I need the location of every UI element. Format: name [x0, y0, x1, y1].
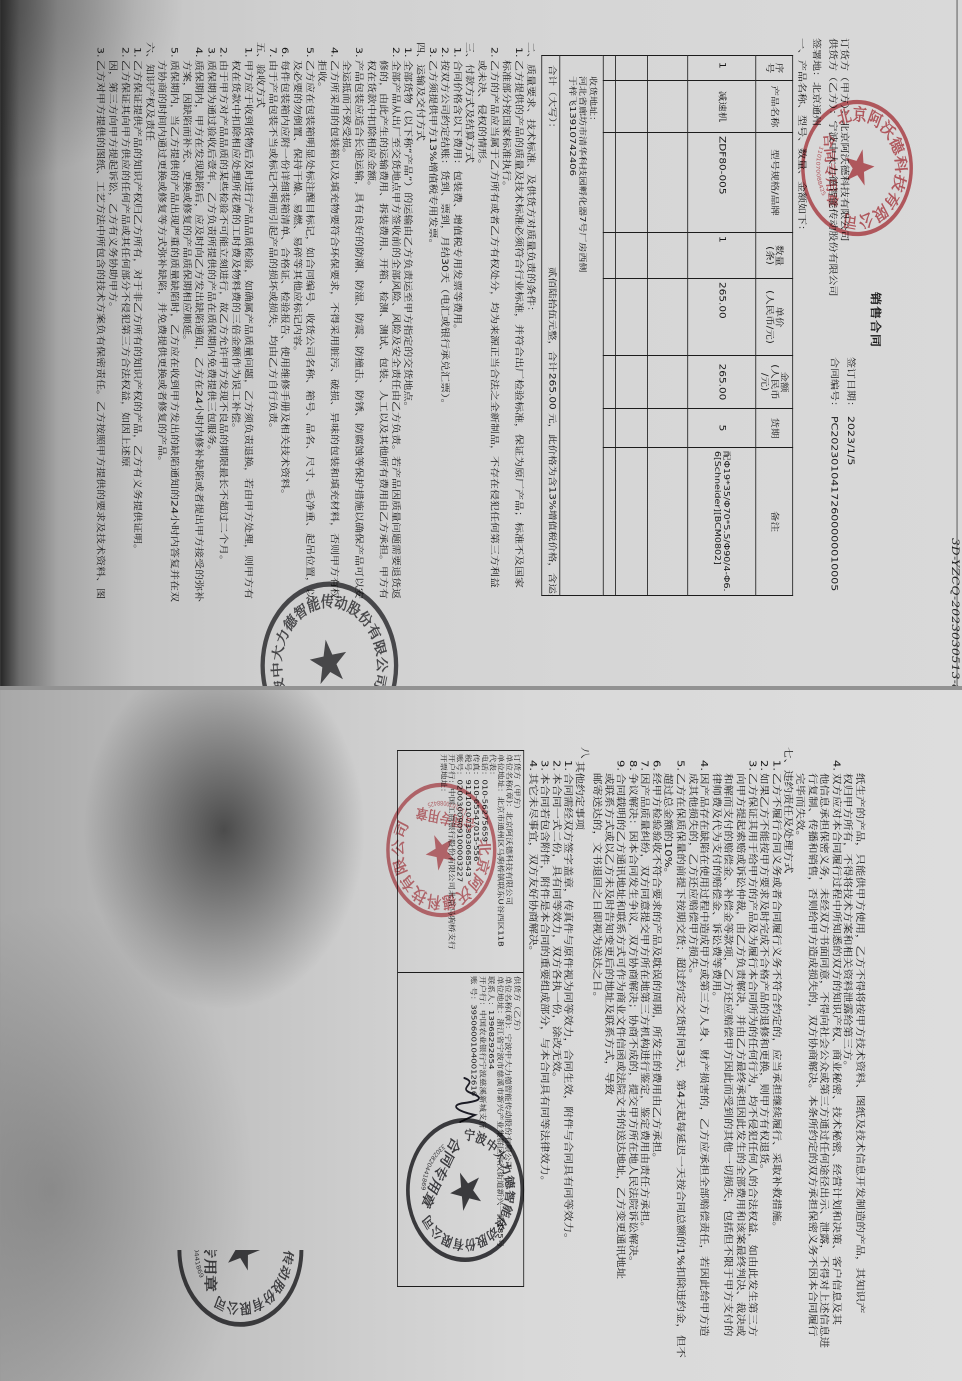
- clause-line: 3.本合同若包含附件，附件是本合同的重要组成部分，与本合同具有同等法律效力。: [539, 690, 551, 1381]
- clause-number: 3.: [746, 760, 758, 771]
- table-cell: [648, 233, 688, 279]
- delivery-contact: 于梓飞13910742406: [566, 76, 576, 593]
- clause-text: 纸生产的产品，只能供甲方使用，乙方不得将按甲方技术资料、图纸及技术信息开发制造的…: [854, 773, 866, 1314]
- clause-line: 3.乙方保证其用于给甲方的产品及为履行本合同所为的任何行为，均不侵犯任何人的合法…: [746, 690, 758, 1381]
- clause-text: 本合同若包含附件，附件是本合同的重要组成部分，与本合同具有同等法律效力。: [539, 773, 551, 1187]
- clause-number: 4.: [527, 760, 539, 771]
- clause-number: 1.: [131, 47, 143, 58]
- table-cell: [603, 81, 615, 133]
- col-index: 序号: [756, 56, 793, 81]
- delivery-address-row: 收货地址： 河北省廊坊市清华科技园孵化器7号厂房西侧 于梓飞1391074240…: [560, 56, 603, 596]
- clause-number: 4.: [328, 47, 340, 58]
- contract-number-value: PC20230104172600000010005: [829, 416, 840, 591]
- signing-date-label: 签订日期：: [846, 357, 857, 412]
- signing-date: 签订日期：2023/1/5: [845, 357, 856, 465]
- clause-number: 4.: [830, 760, 842, 771]
- table-cell: 265.00: [688, 279, 756, 356]
- section-heading-text: 六、知识产权及责任: [144, 42, 156, 141]
- clause-line: 因，第三方向甲方提起诉讼，乙方有义务协助甲方。: [107, 0, 119, 686]
- table-cell: [616, 56, 648, 81]
- section-heading-text: 二、质量要求、技术标准、及供货方对质量负责的条件：: [525, 42, 537, 317]
- seal-label-text: 合同专用章: [202, 1250, 219, 1293]
- clause-line: 2.本合同一式二份，具有同等效力，双方各执一份，涂改无效。: [550, 690, 562, 1381]
- clause-line: 律师费及代为支付的赔偿金、诉讼费等费用。: [710, 690, 722, 1381]
- cross-page-seal: 宁波中大力德智能传动股份有限公司合同专用章3302820441869: [175, 1250, 306, 1350]
- clause-text: 标准部分按国家标准执行。: [500, 60, 512, 192]
- clause-text: 乙方应在包装箱明显处标注醒目标记，如合同编号、收货公司名称、箱号、品名、尺寸、毛…: [304, 60, 316, 599]
- clause-number: 1.: [451, 47, 463, 58]
- section-heading-text: 五、验收方式: [254, 42, 266, 108]
- clause-text: 其它未尽事宜，双方友好协商解决。: [527, 773, 539, 957]
- clause-line: 标准部分按国家标准执行。: [500, 0, 512, 686]
- clause-line: 4.双方应对本合同履行过程中所知悉的双方的知识产权、商业秘密、技术秘密、经营计划…: [830, 690, 842, 1381]
- clause-text: 或未决、侵权的情形。: [476, 60, 488, 170]
- clause-line: 和解而支付的赔偿金、补偿金等款项，乙方还应赔偿甲方因此而受到的其他一切损失，包括…: [722, 690, 734, 1381]
- table-cell: [603, 409, 615, 448]
- clause-text: 合同价格含以下费用：包装费、增值税专用发票等费用。: [451, 60, 463, 335]
- table-cell: [603, 133, 615, 233]
- clause-text: 乙方对甲方提供的图纸、工艺方法中所包含的技术方案负有保密责任。乙方按照甲方提供的…: [94, 60, 106, 599]
- signing-place-label: 签署地：: [811, 38, 822, 82]
- section-heading: 四、运输及交付方式: [414, 0, 426, 686]
- clause-text: 质保期内，甲方在发现缺陷后，应及时向乙方发出缺陷通知，乙方在24小时内修补缺陷或…: [193, 60, 205, 602]
- clause-text: 成其他损失的，乙方还应赔偿甲方损失。: [687, 773, 699, 980]
- contract-page-2: 纸生产的产品，只能供甲方使用，乙方不得将按甲方技术资料、图纸及技术信息开发制造的…: [0, 690, 962, 1381]
- clause-line: 超过总金额的10%。: [663, 690, 675, 1381]
- table-cell: [616, 409, 648, 448]
- table-cell: 配Φ19*35/Φ70*5.5/Φ90/4-Φ6.6[Schneider][BC…: [688, 448, 756, 596]
- handwritten-reference-note: 3D-YZCQ-2023030513-8: [950, 538, 961, 686]
- clause-text: 乙方保证其向甲方供应的任何产品或其任何部分不侵犯第三方合法权益，如因上述原: [119, 60, 131, 467]
- clause-text: 因产品质量纠纷，双方同意提交甲方所在地第三方机构进行鉴定，鉴定费用由责任方承担。: [639, 773, 651, 1233]
- clause-text: 本合同一式二份，具有同等效力，双方各执一份，涂改无效。: [550, 773, 562, 1084]
- clause-line: 2.乙方的产品应当属于乙方所有或者乙方有权处分，均为来源正当合法之全新制品，不存…: [488, 0, 500, 686]
- table-cell: [648, 356, 688, 409]
- clause-line: 2.按双方公司约定结账：货到、票到，月结30天（电汇或银行承兑汇票）。: [439, 0, 451, 686]
- section-heading-text: 七、违约责任及处理方式: [782, 747, 794, 874]
- clause-text: 经甲方检验验收不符合要求的产品及耽误的周期，所发生的费用由乙方承担。: [651, 773, 663, 1164]
- clause-number: 1.: [242, 47, 254, 58]
- table-cell: 265.00: [688, 356, 756, 409]
- clause-text: 行复制、传播和销售，否则给甲方造成损失的，双方协商解决。本条所约定的双方承担保密…: [806, 773, 818, 1337]
- clause-text: 质保期内，当乙方提供的产品出现严重的质量缺陷时，乙方应在收到甲方发出的缺陷通知的…: [168, 60, 180, 602]
- clause-text: 合同载明的乙方通讯地址和联系方式可作为商业文件信函或法院文书的送达地址，乙方变更…: [615, 773, 627, 1279]
- clause-line: 向甲方提起索赔或诉讼仲裁，由乙方负责解决，并由乙方最终承担因此发生的全部费用和该…: [734, 690, 746, 1381]
- seal-star-icon: [228, 1250, 260, 1271]
- seal-graphic: 北京阿沃德科技有限公司合同专用章1101070088425: [375, 769, 508, 931]
- table-cell: [603, 356, 615, 409]
- delivery-address-label: 收货地址：: [587, 76, 597, 593]
- clause-text: 乙方不履行合同义务或者合同履行义务不符合约定的，应当承担继续履行、采取补救措施。: [770, 773, 782, 1233]
- delivery-address-cell: 收货地址： 河北省廊坊市清华科技园孵化器7号厂房西侧 于梓飞1391074240…: [560, 56, 603, 596]
- clause-text: 权归甲方所有，不得将技术方案和相关资料泄露给第三方。: [842, 773, 854, 1072]
- clause-text: 向甲方提起索赔或诉讼仲裁，由乙方负责解决，并由乙方最终承担因此发生的全部费用和该…: [734, 773, 746, 1337]
- clause-text: 乙方保证其用于给甲方的产品及为履行本合同所为的任何行为，均不侵犯任何人的合法权益…: [746, 773, 758, 1337]
- table-cell: [648, 409, 688, 448]
- clause-text: 因产品存在缺陷在使用过程中造成甲方或第三方人身、财产损害的，乙方应承担全部赔偿责…: [699, 773, 711, 1337]
- clause-number: 8.: [627, 760, 639, 771]
- section-heading: 八其他约定事项: [574, 690, 590, 1381]
- clause-text: 乙方须提供甲方13%增值税专用发票。: [427, 60, 439, 249]
- continuation-line: 纸生产的产品，只能供甲方使用，乙方不得将按甲方技术资料、图纸及技术信息开发制造的…: [854, 690, 866, 1381]
- clause-text: 方案，因缺陷而补充、更换或修复的产品质保期相应顺延。: [181, 60, 193, 346]
- table-cell: [616, 448, 648, 596]
- table-cell: [603, 448, 615, 596]
- clause-text: 权在货款中扣除相应金额。: [365, 60, 377, 192]
- clause-line: 3.乙方对甲方提供的图纸、工艺方法中所包含的技术方案负有保密责任。乙方按照甲方提…: [94, 0, 106, 686]
- clause-text: 权在货款中扣除相应处理所花费的工时费及物料费的三倍金额作为误工补偿。: [230, 60, 242, 434]
- clause-number: 9.: [615, 760, 627, 771]
- clause-text: 邮寄送达的，文书退回之日即视为送达之日。: [591, 773, 603, 1003]
- clause-text: 双方应对本合同履行过程中所知悉的双方的知识产权、商业秘密、技术秘密、经营计划和决…: [830, 773, 842, 1325]
- clause-text: 全部产品从出厂至交货地点甲方签收前的全部风险、风险及安全责任由乙方负责。若产品因…: [390, 60, 402, 599]
- table-footer: 收货地址： 河北省廊坊市清华科技园孵化器7号厂房西侧 于梓飞1391074240…: [542, 56, 604, 596]
- table-cell: 1: [688, 233, 756, 279]
- table-row-empty: [648, 56, 688, 596]
- section-heading-text: 三、付款方式及结算方式: [463, 42, 475, 163]
- clause-text: 由于甲方对产品品质的某些检验不可能立刻进行，故乙方允许甲方发现不良品的期限最长不…: [217, 60, 229, 566]
- clause-line: 9.合同载明的乙方通讯地址和联系方式可作为商业文件信函或法院文书的送达地址，乙方…: [615, 690, 627, 1381]
- clause-line: 成其他损失的，乙方还应赔偿甲方损失。: [687, 690, 699, 1381]
- clause-line: 1.乙方不履行合同义务或者合同履行义务不符合约定的，应当承担继续履行、采取补救措…: [770, 690, 782, 1381]
- clause-line: 1.合同需经双方签字盖章，传真件与原件视为同等效力，合同生效，附件与合同具有同等…: [562, 690, 574, 1381]
- seal-label-text: 合同专用章: [414, 803, 476, 834]
- seal-label-text: 合同专用章: [821, 132, 840, 208]
- seller-cross-page-seal: 宁波中大力德智能传动股份有限公司合同专用章3302820441869: [175, 1250, 306, 1330]
- table-cell: 5: [688, 409, 756, 448]
- col-model-brand: 型号规格/品牌: [756, 133, 793, 233]
- signing-date-value: 2023/1/5: [846, 416, 857, 465]
- col-amount: 金额 (人民币 /元): [756, 356, 793, 409]
- section-heading-text: 四、运输及交付方式: [414, 42, 426, 141]
- table-cell: 减速机: [688, 81, 756, 133]
- table-cell: [603, 233, 615, 279]
- clause-line: 2.如果乙方不能按甲方要求及时完成不合格产品的退修和更换，则甲方有权退货。: [758, 690, 770, 1381]
- table-row-empty: [616, 56, 648, 596]
- total-row: 合计（大写）： 贰佰陆拾伍元整，合计： 265.00 元，此价格为含13%增值税…: [542, 56, 560, 596]
- clause-line: 或未决、侵权的情形。: [476, 0, 488, 686]
- total-in-words: 贰佰陆拾伍元整，合计：: [547, 267, 557, 383]
- clause-text: 乙方在保质保量的前提下按期交货；超过约定交货时间3天，第4天起每延迟一天按合同总…: [675, 773, 687, 1358]
- table-cell: 1: [688, 56, 756, 81]
- clause-number: 4.: [193, 47, 205, 58]
- col-unit-price: 单价 (人民币/元): [756, 279, 793, 356]
- total-amount: 265.00 元，此价格为含13%增值税价格，含运费: [547, 373, 557, 596]
- clause-text: 合同需经双方签字盖章，传真件与原件视为同等效力，合同生效，附件与合同具有同等效力…: [562, 773, 574, 1245]
- clause-number: 2.: [758, 760, 770, 771]
- section-heading-title: 其他约定事项: [574, 761, 586, 830]
- clause-number: 3.: [205, 47, 217, 58]
- clause-text: 乙方提供的产品的质量及技术标准必须符合行业标准，并符合出厂检验标准，保证为原厂产…: [513, 60, 525, 588]
- clause-number: 3.: [353, 47, 365, 58]
- table-cell: [603, 279, 615, 356]
- clause-number: 2.: [488, 47, 500, 58]
- contract-clauses-page-2: 纸生产的产品，只能供甲方使用，乙方不得将按甲方技术资料、图纸及技术信息开发制造的…: [527, 690, 867, 1381]
- table-cell: [616, 356, 648, 409]
- table-cell: [616, 279, 648, 356]
- seal-star-icon: [845, 148, 875, 187]
- contract-number: 合同编号：PC20230104172600000010005: [828, 357, 839, 591]
- clause-number: 2.: [390, 47, 402, 58]
- clause-text: 修的，由此产生的运输费用、拆装费用、开箱、检测、测试、包装、人工以及其他所有费用…: [377, 60, 389, 599]
- clause-text: 按双方公司约定结账：货到、票到，月结30天（电汇或银行承兑汇票）。: [439, 60, 451, 410]
- contract-number-label: 合同编号：: [829, 357, 840, 412]
- clause-line: 或联系方式或以乙方未及时告知变更后的地址及联系方式，导致: [603, 690, 615, 1381]
- clause-number: 3.: [427, 47, 439, 58]
- clause-text: 他信息承担保密义务，未经双方书面同意，不得向社会公众或第三方通过任何途径出示、泄…: [818, 773, 830, 1348]
- clause-line: 方案，因缺陷而补充、更换或修复的产品质保期相应顺延。: [181, 0, 193, 686]
- section-heading-text: 八: [579, 747, 591, 759]
- clause-text: 甲方应于收到货物后及时进行产品品质检验，如确属产品质量问题，乙方须负责退换，若由…: [242, 60, 254, 599]
- section-heading: 二、质量要求、技术标准、及供货方对质量负责的条件：: [525, 0, 537, 686]
- clause-line: 4.质保期内，甲方在发现缺陷后，应及时向乙方发出缺陷通知，乙方在24小时内修补缺…: [193, 0, 205, 686]
- section-heading: 七、违约责任及处理方式: [782, 690, 794, 1381]
- clause-line: 5.乙方在保质保量的前提下按期交货；超过约定交货时间3天，第4天起每延迟一天按合…: [675, 690, 687, 1381]
- clause-line: 完毕而失效。: [794, 690, 806, 1381]
- clause-line: 6.经甲方检验验收不符合要求的产品及耽误的周期，所发生的费用由乙方承担。: [651, 690, 663, 1381]
- seal-star-icon: [424, 834, 458, 874]
- clause-line: 7.由于产品包装不当或标记不明而引起产品的损坏或损失，均由乙方自行负责。: [267, 0, 279, 686]
- section-heading: 五、验收方式: [254, 0, 266, 686]
- contract-title: 销售合同: [869, 292, 885, 348]
- seal-star-icon: [307, 636, 349, 686]
- table-header: 序号 产品名称 型号规格/品牌 数量 (条) 单价 (人民币/元) 金额 (人民…: [756, 56, 793, 596]
- clause-line: 1.甲方应于收到货物后及时进行产品品质检验，如确属产品质量问题，乙方须负责退换，…: [242, 0, 254, 686]
- seller-info-line: 供货方（乙方）: [512, 973, 521, 1286]
- clause-text: 乙方的产品应当属于乙方所有或者乙方有权处分，均为来源正当合法之全新制品，不存在侵…: [488, 60, 500, 588]
- clause-text: 或联系方式或以乙方未及时告知变更后的地址及联系方式，导致: [603, 773, 615, 1095]
- clause-line: 邮寄送达的，文书退回之日即视为送达之日。: [591, 690, 603, 1381]
- table-row: 1减速机ZDF80-0051265.00265.005配Φ19*35/Φ70*5…: [688, 56, 756, 596]
- clause-number: 5.: [675, 760, 687, 771]
- table-cell: ZDF80-005: [688, 133, 756, 233]
- clause-number: 6.: [651, 760, 663, 771]
- clause-line: 7.因产品质量纠纷，双方同意提交甲方所在地第三方机构进行鉴定，鉴定费用由责任方承…: [639, 690, 651, 1381]
- section-heading: 六、知识产权及责任: [144, 0, 156, 686]
- clause-text: 拒收。: [316, 60, 328, 93]
- clause-line: 2.乙方保证其向甲方供应的任何产品或其任何部分不侵犯第三方合法权益，如因上述原: [119, 0, 131, 686]
- clause-line: 1.乙方提供的产品的质量及技术标准必须符合行业标准，并符合出厂检验标准，保证为原…: [513, 0, 525, 686]
- clause-text: 质保期为通过验收后壹年，乙方负责所提供的产品在质保期内免费提供三包服务。: [205, 60, 217, 456]
- clause-text: 乙方保证提供产品的知识产权归乙方所有，对于非乙方所有的知识产权的产品，乙方有义务…: [131, 60, 143, 555]
- clause-text: 完毕而失效。: [794, 773, 806, 842]
- continuation-line: 权归甲方所有，不得将技术方案和相关资料泄露给第三方。: [842, 690, 854, 1381]
- clause-text: 争议解决：因本合同发生争议，双方协商解决；协商不成的，提交甲方所在地人民法院诉讼…: [627, 773, 639, 1268]
- contract-page-1: 3D-YZCQ-2023030513-8 销售合同 签订日期：2023/1/5 …: [0, 0, 962, 686]
- table-cell: [648, 56, 688, 81]
- clause-line: 方协商的时间内通过更换或修复等方式弥补缺陷，并免费提供更换或者修复的产品。: [156, 0, 168, 686]
- table-cell: [616, 81, 648, 133]
- clause-number: 2.: [550, 760, 562, 771]
- clause-text: 及必要的勿倒置、保持干燥、易燃、易碎等其他应标记内容。: [291, 60, 303, 357]
- clause-line: 4.因产品存在缺陷在使用过程中造成甲方或第三方人身、财产损害的，乙方应承担全部赔…: [699, 690, 711, 1381]
- clause-line: 行复制、传播和销售，否则给甲方造成损失的，双方协商解决。本条所约定的双方承担保密…: [806, 690, 818, 1381]
- total-label: 合计（大写）：: [547, 65, 557, 133]
- buyer-contract-seal: 北京阿沃德科技有限公司合同专用章1101070088425: [795, 92, 919, 244]
- clause-number: 6.: [279, 47, 291, 58]
- clause-line: 1.合同价格含以下费用：包装费、增值税专用发票等费用。: [451, 0, 463, 686]
- col-product-name: 产品名称: [756, 81, 793, 133]
- clause-line: 8.争议解决：因本合同发生争议，双方协商解决；协商不成的，提交甲方所在地人民法院…: [627, 690, 639, 1381]
- table-cell: [648, 448, 688, 596]
- table-cell: [616, 133, 648, 233]
- buyer-info-line: 订货方（甲方）: [513, 751, 521, 972]
- clause-number: 1.: [402, 47, 414, 58]
- clause-line: 3.乙方须提供甲方13%增值税专用发票。: [427, 0, 439, 686]
- table-body: 1减速机ZDF80-0051265.00265.005配Φ19*35/Φ70*5…: [603, 56, 756, 596]
- clause-text: 超过总金额的10%。: [663, 773, 675, 879]
- clause-number: 7.: [267, 47, 279, 58]
- seal-graphic: 宁波中大力德智能传动股份有限公司合同专用章3302820441869: [175, 1250, 306, 1330]
- clause-text: 乙方所采用的包装箱以及填充物要符合环保要求，不得采用脏污、破损、异味的包装和填充…: [328, 60, 340, 599]
- table-cell: [616, 233, 648, 279]
- clause-line: 5.质保期内，当乙方提供的产品出现严重的质量缺陷时，乙方应在收到甲方发出的缺陷通…: [168, 0, 180, 686]
- table-cell: [603, 56, 615, 81]
- table-cell: [648, 81, 688, 133]
- clause-number: 7.: [639, 760, 651, 771]
- clause-line: 2.由于甲方对产品品质的某些检验不可能立刻进行，故乙方允许甲方发现不良品的期限最…: [217, 0, 229, 686]
- clause-number: 3.: [539, 760, 551, 771]
- clause-number: 1.: [562, 760, 574, 771]
- total-cell: 合计（大写）： 贰佰陆拾伍元整，合计： 265.00 元，此价格为含13%增值税…: [542, 56, 560, 596]
- clause-text: 律师费及代为支付的赔偿金、诉讼费等费用。: [710, 773, 722, 1003]
- table-header-row: 序号 产品名称 型号规格/品牌 数量 (条) 单价 (人民币/元) 金额 (人民…: [756, 56, 793, 596]
- clause-line: 1.全部货物（以下称“产品”）的运输由乙方负责运至甲方指定的交货地点。: [402, 0, 414, 686]
- buyer-info-line: 单位名称(章)：北京阿沃德科技有限公司: [504, 751, 512, 972]
- clause-text: 每件包装箱内应附一份详细装箱清单、合格证、检验报告、使用维修手册及相关技术资料。: [279, 60, 291, 500]
- clause-text: 由于产品包装不当或标记不明而引起产品的损坏或损失，均由乙方自行负责。: [267, 60, 279, 434]
- clause-text: 和解而支付的赔偿金、补偿金等款项，乙方还应赔偿甲方因此而受到的其他一切损失，包括…: [722, 773, 734, 1337]
- clause-line: 他信息承担保密义务，未经双方书面同意，不得向社会公众或第三方通过任何途径出示、泄…: [818, 690, 830, 1381]
- col-remarks: 备注: [756, 448, 793, 596]
- product-table: 序号 产品名称 型号规格/品牌 数量 (条) 单价 (人民币/元) 金额 (人民…: [541, 55, 793, 596]
- clause-number: 5.: [168, 47, 180, 58]
- clause-line: 1.乙方保证提供产品的知识产权归乙方所有，对于非乙方所有的知识产权的产品，乙方有…: [131, 0, 143, 686]
- seal-star-icon: [447, 1166, 489, 1218]
- clause-line: 2.全部产品从出厂至交货地点甲方签收前的全部风险、风险及安全责任由乙方负责。若产…: [390, 0, 402, 686]
- clause-text: 全部货物（以下称“产品”）的运输由乙方负责运至甲方指定的交货地点。: [402, 60, 414, 412]
- clause-text: 产品包装应适合长途运输，具有良好的防潮、防湿、防震、防撞击、防锈、防腐蚀等保护措…: [353, 60, 365, 599]
- col-quantity: 数量 (条): [756, 233, 793, 279]
- clause-number: 4.: [699, 760, 711, 771]
- clause-text: 因，第三方向甲方提起诉讼，乙方有义务协助甲方。: [107, 60, 119, 313]
- clause-number: 5.: [304, 47, 316, 58]
- clause-number: 2.: [217, 47, 229, 58]
- clause-text: 全运抵而不致受损。: [340, 60, 352, 159]
- clause-number: 1.: [770, 760, 782, 771]
- col-delivery-time: 货期: [756, 409, 793, 448]
- seal-graphic: 北京阿沃德科技有限公司合同专用章1101070088425: [795, 92, 919, 244]
- table-cell: [648, 133, 688, 233]
- clause-number: 2.: [439, 47, 451, 58]
- table-row-empty: [603, 56, 615, 596]
- clause-line: 4.其它未尽事宜，双方友好协商解决。: [527, 690, 539, 1381]
- section-heading: 三、付款方式及结算方式: [463, 0, 475, 686]
- clause-line: 权在货款中扣除相应处理所花费的工时费及物料费的三倍金额作为误工补偿。: [230, 0, 242, 686]
- table-cell: [648, 279, 688, 356]
- delivery-address: 河北省廊坊市清华科技园孵化器7号厂房西侧: [576, 76, 586, 593]
- clause-line: 3.质保期为通过验收后壹年，乙方负责所提供的产品在质保期内免费提供三包服务。: [205, 0, 217, 686]
- buyer-contract-seal: 北京阿沃德科技有限公司合同专用章1101070088425: [375, 769, 508, 931]
- clause-text: 如果乙方不能按甲方要求及时完成不合格产品的退修和更换，则甲方有权退货。: [758, 773, 770, 1176]
- clause-number: 1.: [513, 47, 525, 58]
- clause-text: 方协商的时间内通过更换或修复等方式弥补缺陷，并免费提供更换或者修复的产品。: [156, 60, 168, 467]
- clause-number: 2.: [119, 47, 131, 58]
- clause-line: 6.每件包装箱内应附一份详细装箱清单、合格证、检验报告、使用维修手册及相关技术资…: [279, 0, 291, 686]
- clause-number: 3.: [94, 47, 106, 58]
